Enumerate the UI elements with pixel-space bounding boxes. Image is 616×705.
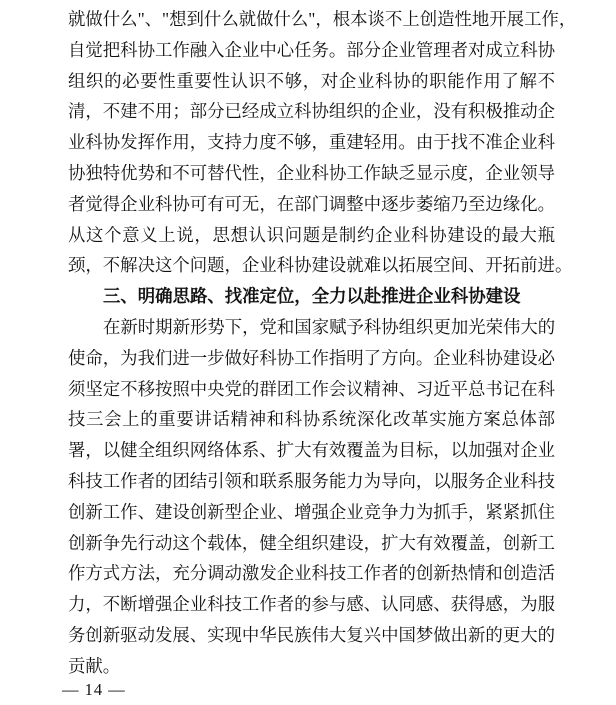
text-line: 业科协发挥作用，支持力度不够，重建轻用。由于找不准企业科 [68,127,555,158]
text-line: 者觉得企业科协可有可无，在部门调整中逐步萎缩乃至边缘化。 [68,189,555,220]
text-line: 力，不断增强企业科技工作者的参与感、认同感、获得感，为服 [68,589,555,620]
text-line: 从这个意义上说，思想认识问题是制约企业科协建设的最大瓶 [68,220,555,251]
text-line: 贡献。 [68,651,555,682]
page-number: — 14 — [62,681,126,699]
text-block: 就做什么"、"想到什么就做什么"，根本谈不上创造性地开展工作，自觉把科协工作融入… [68,4,555,682]
text-line: 科技工作者的团结引领和联系服务能力为导向，以服务企业科技 [68,466,555,497]
text-line: 自觉把科协工作融入企业中心任务。部分企业管理者对成立科协 [68,35,555,66]
text-line: 组织的必要性重要性认识不够，对企业科协的职能作用了解不 [68,66,555,97]
text-line: 务创新驱动发展、实现中华民族伟大复兴中国梦做出新的更大的 [68,620,555,651]
text-line: 使命，为我们进一步做好科协工作指明了方向。企业科协建设必 [68,343,555,374]
text-line: 创新工作、建设创新型企业、增强企业竞争力为抓手，紧紧抓住 [68,497,555,528]
text-line: 颈，不解决这个问题，企业科协建设就难以拓展空间、开拓前进。 [68,250,555,281]
text-line: 作方式方法，充分调动激发企业科技工作者的创新热情和创造活 [68,558,555,589]
text-line: 协独特优势和不可替代性，企业科协工作缺乏显示度，企业领导 [68,158,555,189]
section-heading: 三、明确思路、找准定位，全力以赴推进企业科协建设 [68,281,555,312]
text-line: 在新时期新形势下，党和国家赋予科协组织更加光荣伟大的 [68,312,555,343]
text-line: 清，不建不用；部分已经成立科协组织的企业，没有积极推动企 [68,96,555,127]
text-line: 技三会上的重要讲话精神和科协系统深化改革实施方案总体部 [68,404,555,435]
text-line: 署，以健全组织网络体系、扩大有效覆盖为目标，以加强对企业 [68,435,555,466]
text-line: 就做什么"、"想到什么就做什么"，根本谈不上创造性地开展工作， [68,4,555,35]
text-line: 创新争先行动这个载体，健全组织建设，扩大有效覆盖，创新工 [68,528,555,559]
document-page: 就做什么"、"想到什么就做什么"，根本谈不上创造性地开展工作，自觉把科协工作融入… [0,0,616,705]
text-line: 须坚定不移按照中央党的群团工作会议精神、习近平总书记在科 [68,374,555,405]
